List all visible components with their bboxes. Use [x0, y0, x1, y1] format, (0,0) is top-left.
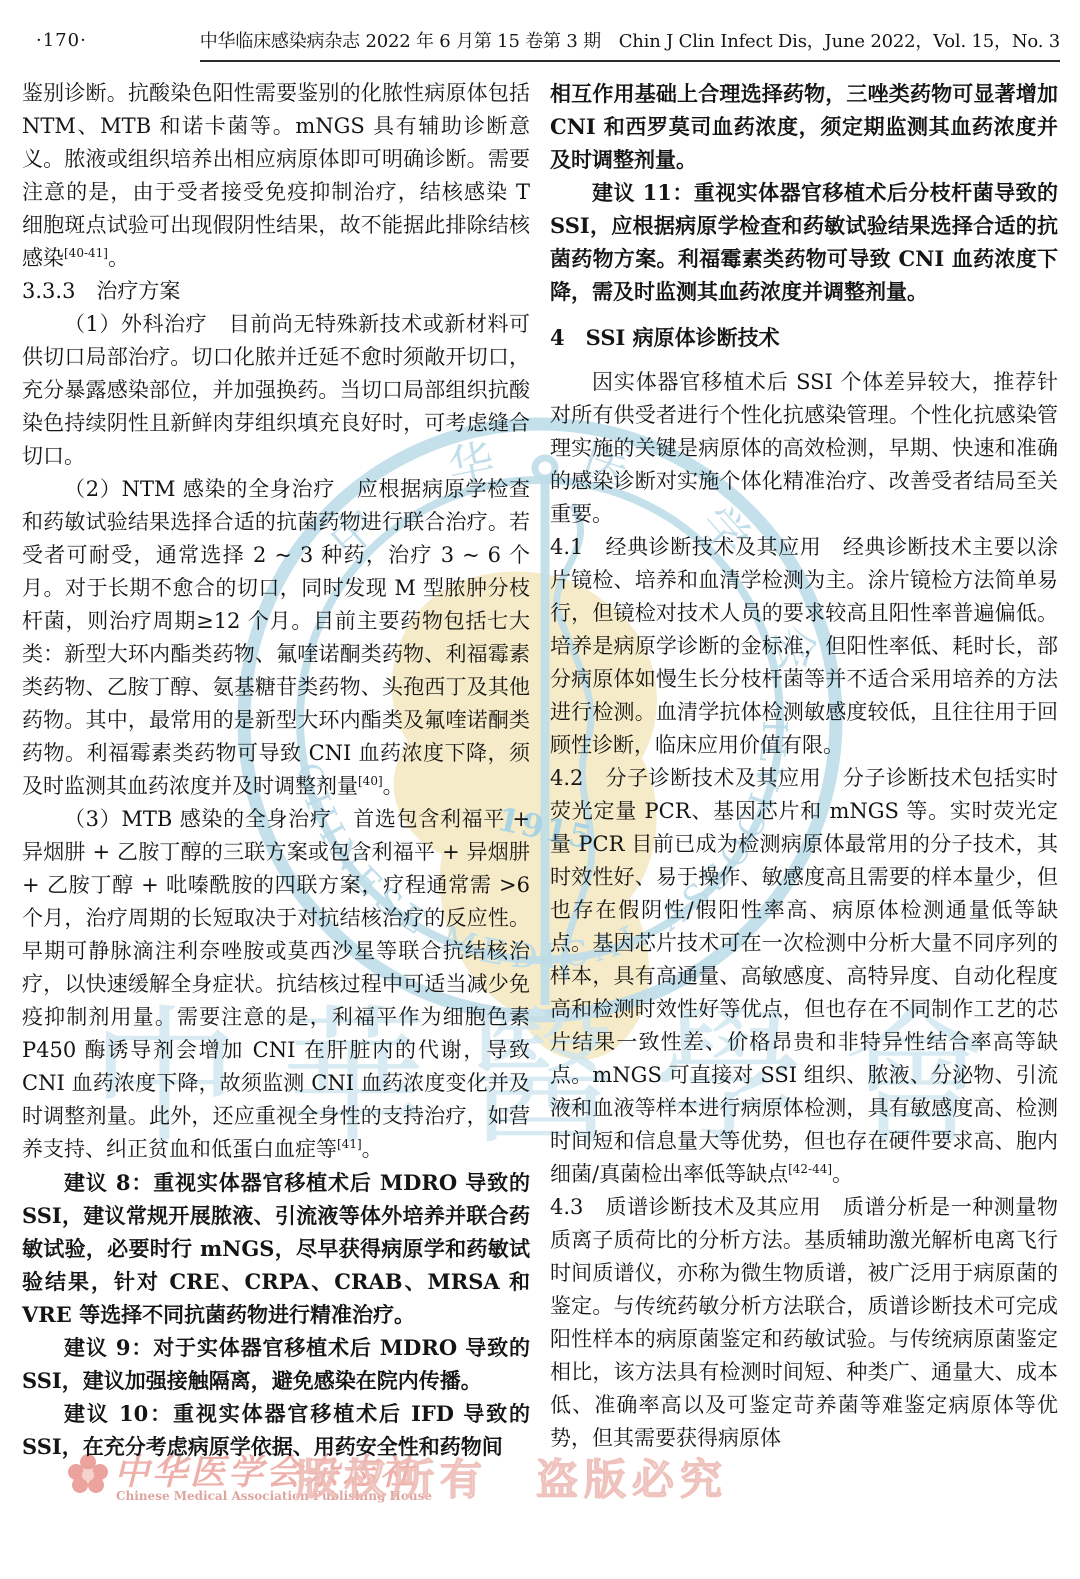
- text-run: 。: [383, 774, 404, 798]
- text-run: 。: [362, 1137, 383, 1161]
- paragraph: 建议 8：重视实体器官移植术后 MDRO 导致的 SSI，建议常规开展脓液、引流…: [22, 1166, 530, 1331]
- journal-title: 中华临床感染病杂志 2022 年 6 月第 15 卷第 3 期 Chin J C…: [200, 27, 1060, 62]
- paragraph: 4.2 分子诊断技术及其应用 分子诊断技术包括实时荧光定量 PCR、基因芯片和 …: [550, 762, 1058, 1191]
- text-run: 建议 10：重视实体器官移植术后 IFD 导致的 SSI，在充分考虑病原学依据、…: [22, 1401, 530, 1459]
- text-run: 4.3 质谱诊断技术及其应用 质谱分析是一种测量物质离子质荷比的分析方法。基质辅…: [550, 1195, 1058, 1450]
- right-column: 相互作用基础上合理选择药物，三唑类药物可显著增加 CNI 和西罗莫司血药浓度，须…: [550, 77, 1058, 1455]
- text-run: 。: [832, 1162, 853, 1186]
- section-heading: 3.3.3 治疗方案: [22, 275, 530, 308]
- reference-superscript: [42-44]: [788, 1162, 832, 1176]
- paragraph: 建议 11：重视实体器官移植术后分枝杆菌导致的 SSI，应根据病原学检查和药敏试…: [550, 176, 1058, 308]
- text-run: 4 SSI 病原体诊断技术: [550, 325, 780, 350]
- text-run: 因实体器官移植术后 SSI 个体差异较大，推荐针对所有供受者进行个性化抗感染管理…: [550, 370, 1058, 526]
- paragraph: （2）NTM 感染的全身治疗 应根据病原学检查和药敏试验结果选择合适的抗菌药物进…: [22, 473, 530, 803]
- paragraph: 建议 9：对于实体器官移植术后 MDRO 导致的 SSI，建议加强接触隔离，避免…: [22, 1331, 530, 1397]
- text-run: （3）MTB 感染的全身治疗 首选包含利福平 + 异烟肼 + 乙胺丁醇的三联方案…: [22, 807, 530, 1161]
- text-run: 建议 9：对于实体器官移植术后 MDRO 导致的 SSI，建议加强接触隔离，避免…: [22, 1335, 530, 1393]
- paragraph: 因实体器官移植术后 SSI 个体差异较大，推荐针对所有供受者进行个性化抗感染管理…: [550, 366, 1058, 531]
- journal-page: 中 华 医 学 会 CHINESE MEDICAL ASSOCIATION 19…: [0, 0, 1080, 1579]
- paragraph: 4.1 经典诊断技术及其应用 经典诊断技术主要以涂片镜检、培养和血清学检测为主。…: [550, 531, 1058, 762]
- text-run: 。: [108, 246, 129, 270]
- paragraph: 鉴别诊断。抗酸染色阳性需要鉴别的化脓性病原体包括 NTM、MTB 和诺卡菌等。m…: [22, 77, 530, 275]
- text-run: 鉴别诊断。抗酸染色阳性需要鉴别的化脓性病原体包括 NTM、MTB 和诺卡菌等。m…: [22, 81, 530, 270]
- text-run: 建议 11：重视实体器官移植术后分枝杆菌导致的 SSI，应根据病原学检查和药敏试…: [550, 180, 1058, 304]
- paragraph: （1）外科治疗 目前尚无特殊新技术或新材料可供切口局部治疗。切口化脓并迁延不愈时…: [22, 308, 530, 473]
- text-run: （2）NTM 感染的全身治疗 应根据病原学检查和药敏试验结果选择合适的抗菌药物进…: [22, 477, 530, 798]
- paragraph: 建议 10：重视实体器官移植术后 IFD 导致的 SSI，在充分考虑病原学依据、…: [22, 1397, 530, 1463]
- text-run: 3.3.3 治疗方案: [22, 279, 180, 303]
- page-number: ·170·: [36, 30, 87, 51]
- paragraph: （3）MTB 感染的全身治疗 首选包含利福平 + 异烟肼 + 乙胺丁醇的三联方案…: [22, 803, 530, 1166]
- watermark-publisher-en: Chinese Medical Association Publishing H…: [116, 1489, 432, 1503]
- text-run: 建议 8：重视实体器官移植术后 MDRO 导致的 SSI，建议常规开展脓液、引流…: [22, 1170, 530, 1327]
- paragraph: 相互作用基础上合理选择药物，三唑类药物可显著增加 CNI 和西罗莫司血药浓度，须…: [550, 77, 1058, 176]
- paragraph: 4.3 质谱诊断技术及其应用 质谱分析是一种测量物质离子质荷比的分析方法。基质辅…: [550, 1191, 1058, 1455]
- text-run: 4.1 经典诊断技术及其应用 经典诊断技术主要以涂片镜检、培养和血清学检测为主。…: [550, 535, 1058, 757]
- section-heading: 4 SSI 病原体诊断技术: [550, 321, 1058, 354]
- reference-superscript: [40-41]: [64, 246, 108, 260]
- left-column: 鉴别诊断。抗酸染色阳性需要鉴别的化脓性病原体包括 NTM、MTB 和诺卡菌等。m…: [22, 77, 530, 1463]
- reference-superscript: [41]: [337, 1137, 362, 1151]
- text-run: （1）外科治疗 目前尚无特殊新技术或新材料可供切口局部治疗。切口化脓并迁延不愈时…: [22, 312, 530, 468]
- text-run: 4.2 分子诊断技术及其应用 分子诊断技术包括实时荧光定量 PCR、基因芯片和 …: [550, 766, 1058, 1186]
- text-run: 相互作用基础上合理选择药物，三唑类药物可显著增加 CNI 和西罗莫司血药浓度，须…: [550, 81, 1058, 172]
- reference-superscript: [40]: [358, 774, 383, 788]
